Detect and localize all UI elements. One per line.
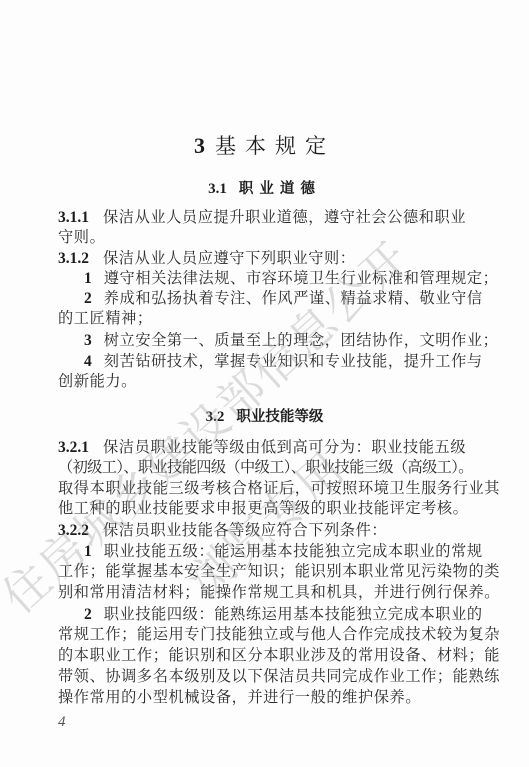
section-title-3-2: 3.2职业技能等级 [0,405,529,426]
clause-text: 他工种的职业技能要求申报更高等级的职业技能评定考核。 [58,499,468,517]
section-title-text: 职业道德 [239,181,321,197]
item-text: 树立安全第一、质量至上的理念，团结协作，文明作业； [104,331,499,349]
clause-text: 取得本职业技能三级考核合格证后，可按照环境卫生服务行业其 [58,479,500,497]
text-line: 取得本职业技能三级考核合格证后，可按照环境卫生服务行业其 [58,478,478,498]
text-line: 的本职业工作；能识别和区分本职业涉及的常用设备、材料；能 [58,645,478,665]
item-number: 3 [84,332,92,349]
list-item-4: 4刻苦钻研技术，掌握专业知识和专业技能，提升工作与 [84,351,478,372]
item-text: 职业技能四级：能熟练运用基本技能独立完成本职业的 [104,605,483,623]
clause-text: 保洁从业人员应遵守下列职业守则： [103,249,356,267]
item-number: 4 [84,353,92,370]
document-page: 3基本规定 3.1职业道德 3.1.1保洁从业人员应提升职业道德，遵守社会公德和… [0,0,529,767]
chapter-number: 3 [194,133,205,158]
chapter-title-text: 基本规定 [215,134,335,158]
item-number: 1 [84,270,92,287]
item-number: 2 [84,290,92,307]
clause-number: 3.1.1 [58,209,89,226]
text-line: 守则。 [58,227,478,247]
item-text: 带领、协调多名本级别及以下保洁员共同完成作业工作；能熟练 [58,667,500,685]
item-text: 创新能力。 [58,372,137,390]
clause-number: 3.2.2 [58,522,89,539]
item-text: 别和常用清洁材料；能操作常规工具和机具，并进行例行保养。 [58,583,500,601]
item-text: 刻苦钻研技术，掌握专业知识和专业技能，提升工作与 [104,352,483,370]
clause-text: 保洁员职业技能等级由低到高可分为：职业技能五级 [103,438,466,456]
item-text: 的本职业工作；能识别和区分本职业涉及的常用设备、材料；能 [58,646,500,664]
clause-number: 3.1.2 [58,250,89,267]
section-number: 3.1 [208,181,227,197]
clause-3-1-1: 3.1.1保洁从业人员应提升职业道德，遵守社会公德和职业 [58,207,478,228]
item-text: 职业技能五级：能运用基本技能独立完成本职业的常规 [104,542,483,560]
clause-3-2-1: 3.2.1保洁员职业技能等级由低到高可分为：职业技能五级 [58,437,478,458]
list-item-2: 2职业技能四级：能熟练运用基本技能独立完成本职业的 [84,604,478,625]
section-title-3-1: 3.1职业道德 [0,177,529,198]
section-title-text: 职业技能等级 [236,409,323,425]
text-line: 的工匠精神； [58,308,478,328]
clause-3-2-2: 3.2.2保洁员职业技能各等级应符合下列条件： [58,520,478,541]
text-line: 他工种的职业技能要求申报更高等级的职业技能评定考核。 [58,498,478,518]
list-item-1: 1遵守相关法律法规、市容环境卫生行业标准和管理规定； [84,268,478,289]
clause-text: 保洁从业人员应提升职业道德，遵守社会公德和职业 [103,208,466,226]
list-item-1: 1职业技能五级：能运用基本技能独立完成本职业的常规 [84,541,478,562]
clause-number: 3.2.1 [58,439,89,456]
section-number: 3.2 [206,409,225,425]
clause-text: 保洁员职业技能各等级应符合下列条件： [103,521,387,539]
item-text: 遵守相关法律法规、市容环境卫生行业标准和管理规定； [104,269,499,287]
item-text: 养成和弘扬执着专注、作风严谨、精益求精、敬业守信 [104,289,483,307]
text-line: 带领、协调多名本级别及以下保洁员共同完成作业工作；能熟练 [58,666,478,686]
clause-3-1-2: 3.1.2保洁从业人员应遵守下列职业守则： [58,248,478,269]
page-number: 4 [58,714,66,731]
list-item-3: 3树立安全第一、质量至上的理念，团结协作，文明作业； [84,330,478,351]
text-line: 工作；能掌握基本安全生产知识；能识别本职业常见污染物的类 [58,561,478,581]
item-text: 的工匠精神； [58,309,153,327]
item-number: 1 [84,543,92,560]
item-text: 操作常用的小型机械设备，并进行一般的维护保养。 [58,688,421,706]
chapter-title: 3基本规定 [0,130,529,160]
item-text: 常规工作；能运用专门技能独立或与他人合作完成技术较为复杂 [58,625,500,643]
text-line: 常规工作；能运用专门技能独立或与他人合作完成技术较为复杂 [58,624,478,644]
text-line: 操作常用的小型机械设备，并进行一般的维护保养。 [58,687,478,707]
text-line: 创新能力。 [58,371,478,391]
text-line: （初级工）、职业技能四级（中级工）、职业技能三级（高级工）。 [58,457,478,477]
clause-text: （初级工）、职业技能四级（中级工）、职业技能三级（高级工）。 [58,458,473,476]
item-text: 工作；能掌握基本安全生产知识；能识别本职业常见污染物的类 [58,562,500,580]
list-item-2: 2养成和弘扬执着专注、作风严谨、精益求精、敬业守信 [84,288,478,309]
text-line: 别和常用清洁材料；能操作常规工具和机具，并进行例行保养。 [58,582,478,602]
item-number: 2 [84,606,92,623]
clause-text: 守则。 [58,228,105,246]
